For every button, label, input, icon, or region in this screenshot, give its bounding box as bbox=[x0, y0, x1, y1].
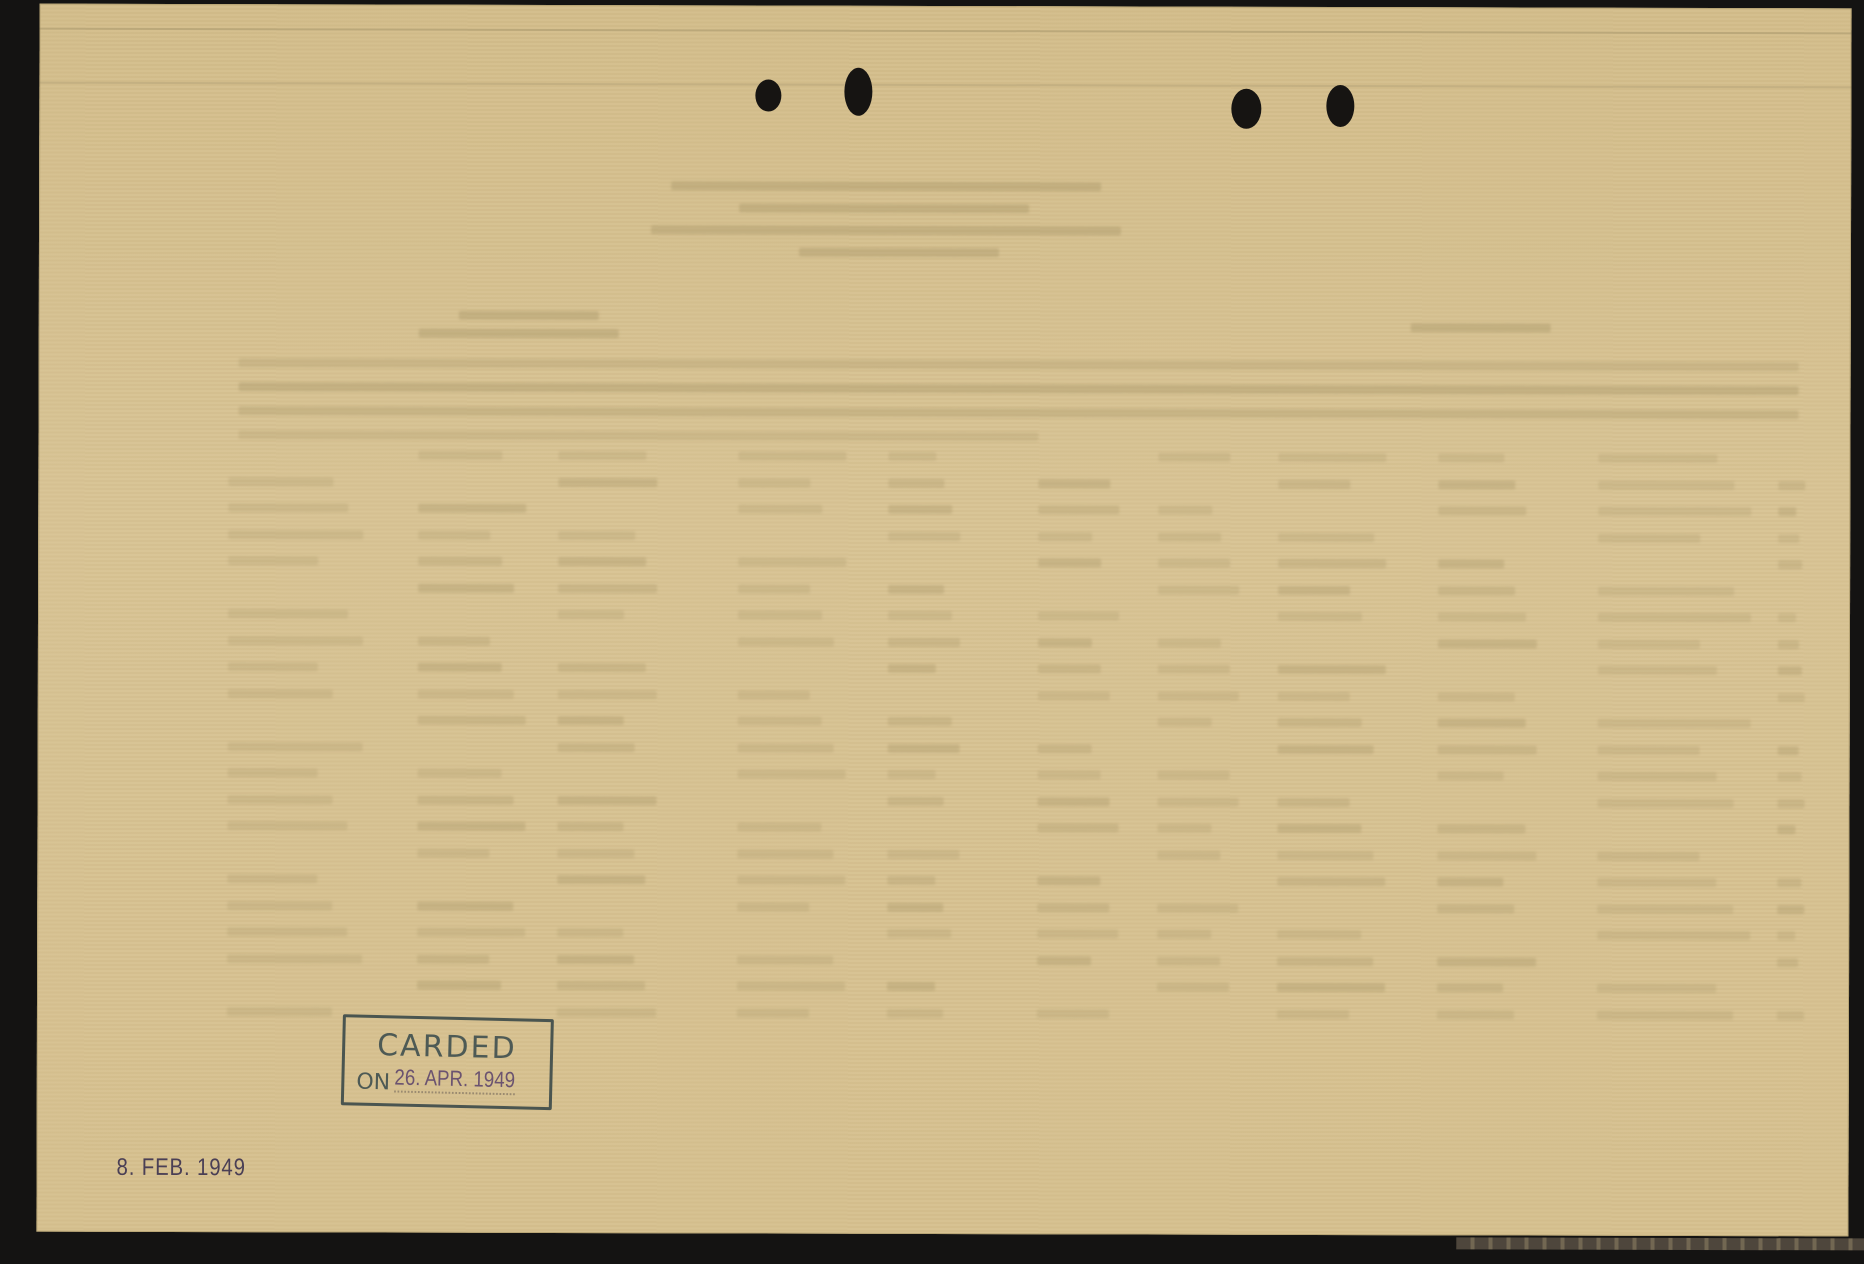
faded-cell bbox=[1158, 559, 1230, 568]
faded-column-headers bbox=[239, 382, 1799, 395]
faded-cell bbox=[228, 636, 363, 645]
faded-cell bbox=[1277, 1009, 1349, 1018]
faded-cell bbox=[418, 689, 514, 698]
faded-cell bbox=[1438, 612, 1526, 621]
faded-cell bbox=[1038, 479, 1110, 488]
faded-cell bbox=[228, 503, 348, 512]
faded-cell bbox=[557, 1007, 656, 1016]
faded-cell bbox=[1038, 638, 1092, 647]
faded-cell bbox=[228, 556, 318, 565]
faded-cell bbox=[1778, 640, 1799, 649]
faded-cell bbox=[1438, 745, 1537, 754]
faded-cell bbox=[1037, 1009, 1109, 1018]
faded-cell bbox=[1598, 454, 1717, 463]
faded-cell bbox=[227, 927, 347, 936]
faded-cell bbox=[888, 770, 936, 779]
faded-cell bbox=[1438, 559, 1504, 568]
faded-cell bbox=[1598, 507, 1751, 516]
faded-cell bbox=[1038, 744, 1092, 753]
faded-cell bbox=[1038, 770, 1101, 779]
document-sheet: CARDED ON 26. APR. 1949 8. FEB. 1949 bbox=[36, 4, 1851, 1237]
faded-column-headers bbox=[238, 430, 1038, 441]
bottom-edge-strip bbox=[1456, 1237, 1864, 1250]
received-date-stamp: 8. FEB. 1949 bbox=[117, 1154, 246, 1182]
faded-cell bbox=[1437, 1010, 1514, 1019]
faded-cell bbox=[557, 848, 634, 857]
punch-hole bbox=[755, 80, 781, 112]
faded-cell bbox=[738, 743, 834, 752]
faded-cell bbox=[418, 583, 514, 592]
faded-cell bbox=[1037, 956, 1091, 965]
faded-cell bbox=[228, 609, 348, 618]
faded-cell bbox=[738, 716, 822, 725]
faded-cell bbox=[1157, 983, 1229, 992]
faded-cell bbox=[417, 848, 489, 857]
faded-cell bbox=[417, 822, 525, 831]
faded-cell bbox=[737, 981, 845, 990]
faded-cell bbox=[1598, 613, 1751, 622]
faded-cell bbox=[557, 954, 634, 963]
faded-cell bbox=[1777, 1011, 1804, 1020]
faded-cell bbox=[1437, 957, 1536, 966]
faded-cell bbox=[1437, 983, 1503, 992]
punch-hole bbox=[844, 68, 872, 116]
faded-cell bbox=[1157, 850, 1220, 859]
faded-cell bbox=[228, 477, 333, 486]
faded-cell bbox=[737, 875, 845, 884]
faded-cell bbox=[418, 530, 490, 539]
faded-cell bbox=[887, 902, 943, 911]
faded-reference-line bbox=[1411, 323, 1551, 332]
carded-stamp: CARDED ON 26. APR. 1949 bbox=[341, 1014, 554, 1110]
faded-cell bbox=[1278, 718, 1362, 727]
faded-cell bbox=[417, 928, 525, 937]
faded-cell bbox=[738, 637, 834, 646]
faded-cell bbox=[1278, 453, 1386, 462]
faded-cell bbox=[227, 821, 347, 830]
faded-cell bbox=[738, 690, 810, 699]
faded-cell bbox=[228, 742, 363, 751]
faded-cell bbox=[1278, 691, 1350, 700]
faded-cell bbox=[1777, 878, 1801, 887]
faded-cell bbox=[1778, 746, 1799, 755]
faded-cell bbox=[1438, 453, 1504, 462]
faded-table-rows bbox=[40, 4, 1852, 9]
faded-cell bbox=[1778, 666, 1802, 675]
faded-cell bbox=[1158, 718, 1212, 727]
faded-cell bbox=[1438, 771, 1504, 780]
faded-cell bbox=[418, 769, 502, 778]
faded-cell bbox=[887, 849, 959, 858]
carded-stamp-title: CARDED bbox=[377, 1028, 517, 1066]
faded-cell bbox=[557, 981, 645, 990]
carded-stamp-date: 26. APR. 1949 bbox=[394, 1064, 515, 1095]
faded-cell bbox=[228, 530, 363, 539]
faded-cell bbox=[558, 716, 624, 725]
faded-cell bbox=[888, 584, 944, 593]
faded-cell bbox=[1037, 903, 1109, 912]
faded-cell bbox=[1277, 930, 1361, 939]
faded-cell bbox=[1597, 931, 1750, 940]
faded-cell bbox=[1598, 666, 1717, 675]
faded-cell bbox=[1277, 956, 1373, 965]
faded-cell bbox=[1278, 797, 1350, 806]
faded-cell bbox=[887, 929, 951, 938]
faded-cell bbox=[1037, 929, 1118, 938]
faded-cell bbox=[1778, 507, 1796, 516]
faded-cell bbox=[1038, 691, 1110, 700]
faded-cell bbox=[418, 504, 526, 513]
faded-cell bbox=[1038, 797, 1110, 806]
faded-cell bbox=[1157, 930, 1211, 939]
faded-cell bbox=[228, 689, 333, 698]
faded-cell bbox=[1597, 904, 1733, 913]
faded-cell bbox=[417, 901, 513, 910]
faded-cell bbox=[738, 504, 822, 513]
faded-header-line bbox=[671, 181, 1101, 191]
faded-cell bbox=[1437, 851, 1536, 860]
faded-cell bbox=[1438, 692, 1515, 701]
faded-cell bbox=[1777, 958, 1798, 967]
faded-cell bbox=[1778, 693, 1805, 702]
faded-cell bbox=[558, 795, 657, 804]
faded-column-headers bbox=[239, 358, 1799, 371]
top-fold-crease bbox=[39, 28, 1851, 89]
faded-cell bbox=[1277, 877, 1385, 886]
faded-cell bbox=[558, 557, 646, 566]
faded-cell bbox=[888, 743, 960, 752]
faded-cell bbox=[1158, 797, 1239, 806]
faded-cell bbox=[1597, 984, 1716, 993]
faded-cell bbox=[1038, 558, 1101, 567]
faded-cell bbox=[1277, 983, 1385, 992]
faded-cell bbox=[228, 768, 318, 777]
faded-cell bbox=[888, 452, 936, 461]
faded-cell bbox=[418, 557, 502, 566]
carded-stamp-prefix: ON bbox=[356, 1070, 390, 1096]
faded-cell bbox=[1038, 611, 1119, 620]
faded-header-line bbox=[651, 225, 1121, 235]
faded-cell bbox=[1778, 613, 1796, 622]
faded-cell bbox=[1158, 638, 1221, 647]
faded-cell bbox=[1158, 665, 1230, 674]
faded-cell bbox=[228, 795, 333, 804]
faded-cell bbox=[738, 478, 810, 487]
faded-cell bbox=[1437, 824, 1525, 833]
faded-cell bbox=[558, 451, 646, 460]
faded-cell bbox=[557, 928, 623, 937]
faded-cell bbox=[1438, 506, 1526, 515]
faded-cell bbox=[1778, 560, 1802, 569]
faded-cell bbox=[1278, 665, 1386, 674]
faded-cell bbox=[737, 822, 821, 831]
faded-cell bbox=[558, 610, 624, 619]
faded-cell bbox=[887, 982, 935, 991]
faded-cell bbox=[1777, 931, 1795, 940]
faded-cell bbox=[227, 954, 362, 963]
faded-cell bbox=[1598, 480, 1734, 489]
faded-cell bbox=[1278, 479, 1350, 488]
faded-cell bbox=[1157, 956, 1220, 965]
faded-cell bbox=[888, 796, 944, 805]
faded-cell bbox=[1277, 824, 1361, 833]
faded-cell bbox=[1158, 691, 1239, 700]
faded-cell bbox=[1777, 905, 1804, 914]
faded-cell bbox=[417, 954, 489, 963]
faded-cell bbox=[1598, 586, 1734, 595]
faded-cell bbox=[737, 1008, 809, 1017]
faded-cell bbox=[1777, 825, 1795, 834]
faded-cell bbox=[1038, 505, 1119, 514]
punch-hole bbox=[1326, 85, 1354, 127]
faded-cell bbox=[1597, 851, 1699, 860]
faded-cell bbox=[1598, 533, 1700, 542]
faded-cell bbox=[888, 664, 936, 673]
faded-cell bbox=[1778, 799, 1805, 808]
faded-cell bbox=[418, 663, 502, 672]
faded-cell bbox=[1038, 664, 1101, 673]
faded-cell bbox=[737, 849, 833, 858]
faded-cell bbox=[557, 822, 623, 831]
faded-cell bbox=[558, 583, 657, 592]
faded-cell bbox=[738, 610, 822, 619]
faded-cell bbox=[1437, 904, 1514, 913]
faded-cell bbox=[1597, 878, 1716, 887]
faded-header-line bbox=[739, 203, 1029, 213]
faded-cell bbox=[418, 795, 514, 804]
faded-cell bbox=[1778, 481, 1805, 490]
faded-header-line bbox=[799, 248, 999, 258]
faded-cell bbox=[228, 662, 318, 671]
faded-cell bbox=[418, 451, 502, 460]
faded-cell bbox=[1158, 453, 1230, 462]
faded-reference-line bbox=[459, 311, 599, 320]
faded-column-headers bbox=[239, 406, 1799, 419]
faded-cell bbox=[227, 901, 332, 910]
faded-cell bbox=[1157, 824, 1211, 833]
faded-cell bbox=[1598, 772, 1717, 781]
faded-cell bbox=[888, 531, 960, 540]
faded-cell bbox=[1438, 718, 1526, 727]
faded-cell bbox=[1278, 612, 1362, 621]
faded-cell bbox=[1277, 850, 1373, 859]
faded-cell bbox=[418, 636, 490, 645]
faded-cell bbox=[1778, 534, 1799, 543]
faded-cell bbox=[417, 981, 501, 990]
faded-cell bbox=[1158, 585, 1239, 594]
faded-cell bbox=[1438, 586, 1515, 595]
faded-cell bbox=[1438, 480, 1515, 489]
faded-cell bbox=[1037, 823, 1118, 832]
faded-cell bbox=[1438, 639, 1537, 648]
faded-cell bbox=[738, 451, 846, 460]
faded-cell bbox=[558, 530, 635, 539]
faded-cell bbox=[1278, 532, 1374, 541]
faded-cell bbox=[737, 902, 809, 911]
faded-cell bbox=[1778, 772, 1802, 781]
faded-cell bbox=[557, 875, 645, 884]
faded-cell bbox=[1598, 745, 1700, 754]
faded-reference-line bbox=[419, 329, 619, 339]
faded-cell bbox=[1158, 506, 1212, 515]
faded-cell bbox=[558, 663, 646, 672]
faded-cell bbox=[1597, 1010, 1733, 1019]
faded-cell bbox=[558, 477, 657, 486]
faded-cell bbox=[227, 874, 317, 883]
faded-cell bbox=[1158, 532, 1221, 541]
faded-cell bbox=[1157, 903, 1238, 912]
faded-cell bbox=[558, 742, 635, 751]
faded-cell bbox=[1598, 798, 1734, 807]
faded-cell bbox=[1158, 771, 1230, 780]
faded-cell bbox=[887, 876, 935, 885]
faded-cell bbox=[887, 1008, 943, 1017]
faded-cell bbox=[1037, 876, 1100, 885]
faded-cell bbox=[418, 716, 526, 725]
faded-cell bbox=[888, 611, 952, 620]
faded-cell bbox=[888, 478, 944, 487]
faded-cell bbox=[1278, 744, 1374, 753]
faded-cell bbox=[558, 689, 657, 698]
faded-cell bbox=[888, 717, 952, 726]
faded-cell bbox=[1278, 559, 1386, 568]
faded-cell bbox=[1437, 877, 1503, 886]
faded-cell bbox=[227, 1007, 332, 1016]
faded-cell bbox=[738, 769, 846, 778]
faded-cell bbox=[1598, 719, 1751, 728]
faded-cell bbox=[1038, 532, 1092, 541]
faded-cell bbox=[888, 505, 952, 514]
punch-hole bbox=[1231, 89, 1261, 129]
faded-cell bbox=[738, 584, 810, 593]
faded-cell bbox=[1278, 585, 1350, 594]
faded-cell bbox=[738, 557, 846, 566]
faded-cell bbox=[737, 955, 833, 964]
faded-cell bbox=[888, 637, 960, 646]
faded-cell bbox=[1598, 639, 1700, 648]
